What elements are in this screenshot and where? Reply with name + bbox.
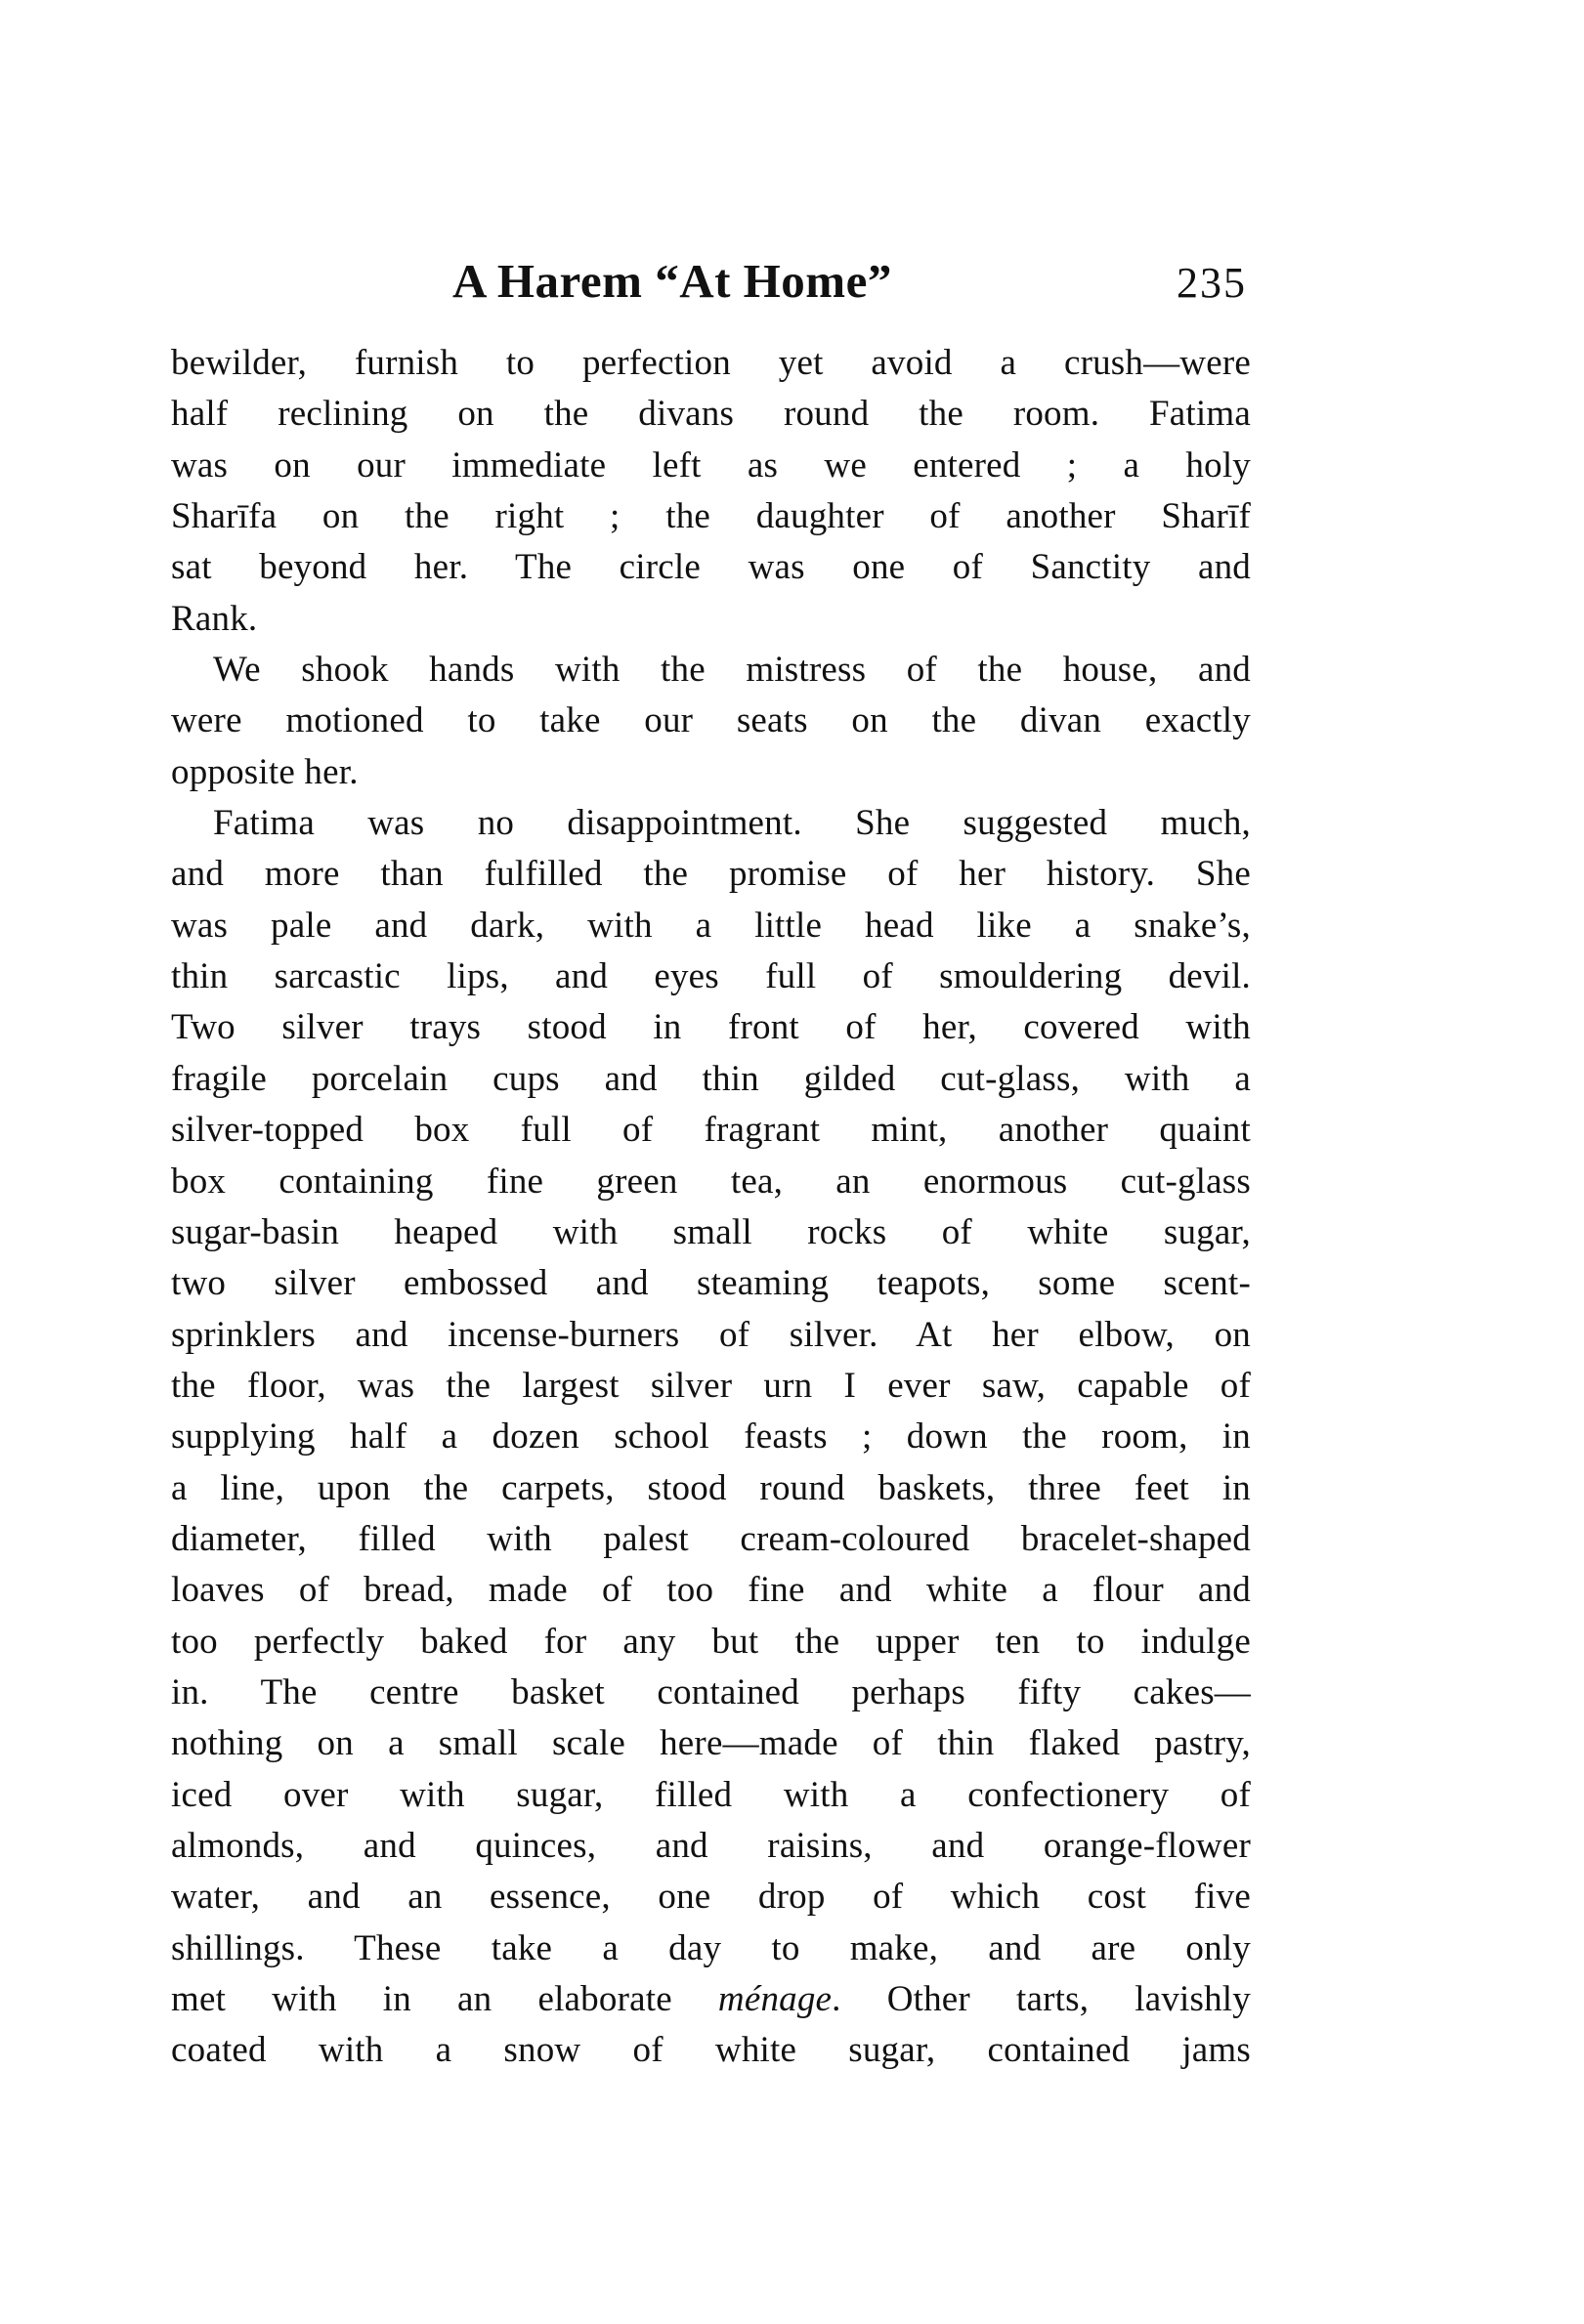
running-head: A Harem “At Home” 235 bbox=[171, 252, 1251, 311]
text-line: too perfectly baked for any but the uppe… bbox=[171, 1617, 1251, 1668]
text-line: diameter, filled with palest cream-colou… bbox=[171, 1514, 1251, 1565]
text-line: fragile porcelain cups and thin gilded c… bbox=[171, 1054, 1251, 1105]
text-line: a line, upon the carpets, stood round ba… bbox=[171, 1463, 1251, 1514]
text-line: Rank. bbox=[171, 594, 1251, 645]
text-line: Sharīfa on the right ; the daughter of a… bbox=[171, 491, 1251, 542]
text-line: water, and an essence, one drop of which… bbox=[171, 1872, 1251, 1923]
running-title: A Harem “At Home” bbox=[452, 252, 892, 311]
text-line: were motioned to take our seats on the d… bbox=[171, 696, 1251, 746]
text-line: in. The centre basket contained perhaps … bbox=[171, 1668, 1251, 1718]
text-line: iced over with sugar, filled with a conf… bbox=[171, 1770, 1251, 1821]
text-line: almonds, and quinces, and raisins, and o… bbox=[171, 1821, 1251, 1872]
text-line: We shook hands with the mistress of the … bbox=[171, 645, 1251, 696]
text-line: supplying half a dozen school feasts ; d… bbox=[171, 1412, 1251, 1462]
body-text: bewilder, furnish to perfection yet avoi… bbox=[171, 338, 1251, 2077]
line-text-after: . Other tarts, lavishly bbox=[832, 1979, 1251, 2019]
text-line: bewilder, furnish to perfection yet avoi… bbox=[171, 338, 1251, 389]
text-line: coated with a snow of white sugar, conta… bbox=[171, 2025, 1251, 2076]
text-line: loaves of bread, made of too fine and wh… bbox=[171, 1565, 1251, 1616]
text-line: and more than fulfilled the promise of h… bbox=[171, 849, 1251, 900]
text-line: box containing fine green tea, an enormo… bbox=[171, 1157, 1251, 1207]
text-line: sprinklers and incense-burners of silver… bbox=[171, 1310, 1251, 1361]
line-text-before: met with in an elaborate bbox=[171, 1979, 672, 2019]
text-line: thin sarcastic lips, and eyes full of sm… bbox=[171, 951, 1251, 1002]
text-line: opposite her. bbox=[171, 747, 1251, 798]
text-line-with-italic: met with in an elaborate ménage. Other t… bbox=[171, 1974, 1251, 2025]
text-line: silver-topped box full of fragrant mint,… bbox=[171, 1105, 1251, 1156]
text-line: shillings. These take a day to make, and… bbox=[171, 1923, 1251, 1974]
text-line: Two silver trays stood in front of her, … bbox=[171, 1002, 1251, 1053]
text-line: sat beyond her. The circle was one of Sa… bbox=[171, 542, 1251, 593]
italic-word: ménage bbox=[718, 1979, 832, 2019]
text-line: sugar-basin heaped with small rocks of w… bbox=[171, 1207, 1251, 1258]
text-line: the floor, was the largest silver urn I … bbox=[171, 1361, 1251, 1412]
text-line: half reclining on the divans round the r… bbox=[171, 389, 1251, 440]
text-line: two silver embossed and steaming teapots… bbox=[171, 1258, 1251, 1309]
text-line: nothing on a small scale here—made of th… bbox=[171, 1718, 1251, 1769]
text-line: was on our immediate left as we entered … bbox=[171, 441, 1251, 491]
book-page: A Harem “At Home” 235 bewilder, furnish … bbox=[0, 0, 1584, 2324]
text-line: Fatima was no disappointment. She sugges… bbox=[171, 798, 1251, 849]
page-number: 235 bbox=[1177, 254, 1247, 313]
text-line: was pale and dark, with a little head li… bbox=[171, 901, 1251, 951]
